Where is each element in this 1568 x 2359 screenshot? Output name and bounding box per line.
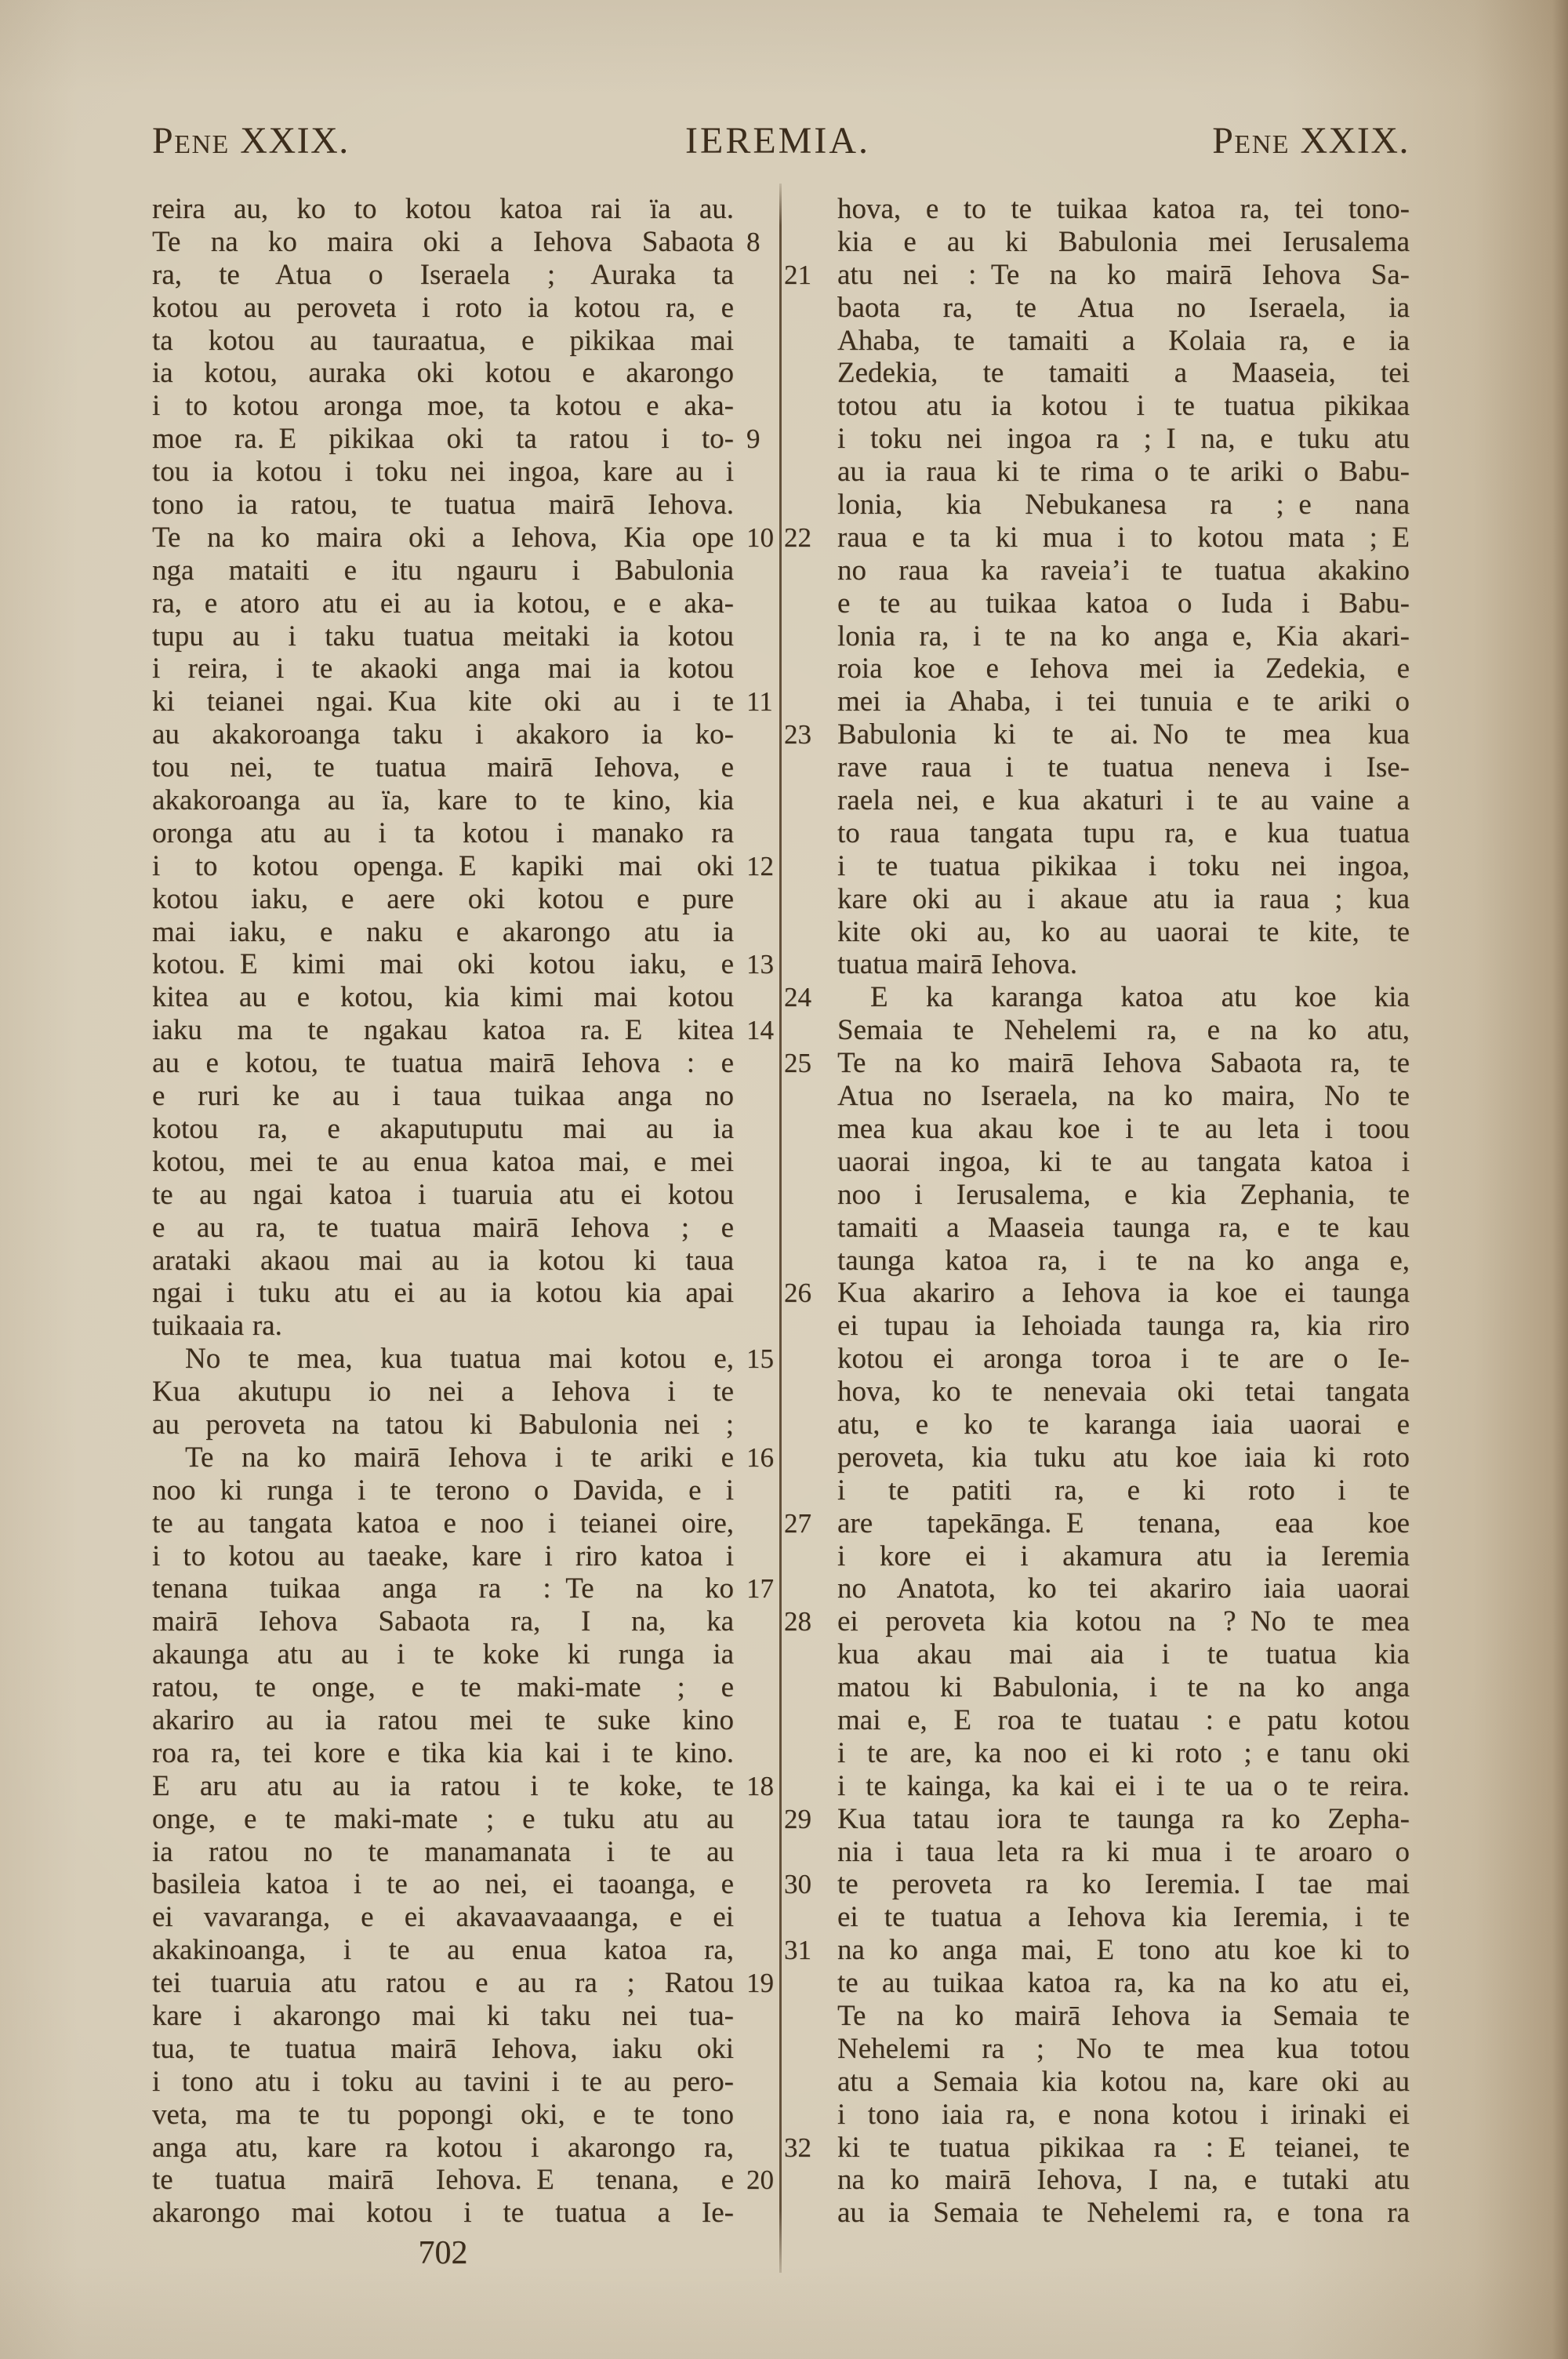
line-text: i kore ei i akamura atu ia Ieremia — [837, 1540, 1410, 1573]
line-text: au akakoroanga taku i akakoro ia ko- — [152, 718, 734, 751]
text-line: atu a Semaia kia kotou na, kare oki au — [837, 2066, 1410, 2099]
text-line: mairā Iehova Sabaota ra, I na, ka — [152, 1605, 734, 1638]
verse-number: 14 — [746, 1014, 784, 1047]
verse-number: 28 — [784, 1605, 823, 1638]
text-line: kotou ra, e akaputuputu mai au ia — [152, 1113, 734, 1146]
verse-number: 10 — [746, 522, 784, 554]
text-line: uaorai ingoa, ki te au tangata katoa i — [837, 1146, 1410, 1179]
line-text: i reira, i te akaoki anga mai ia kotou — [152, 652, 734, 685]
text-line: rave raua i te tuatua neneva i Ise- — [837, 751, 1410, 784]
line-text: i te are, ka noo ei ki roto ; e tanu oki — [837, 1737, 1410, 1770]
line-text: akakinoanga, i te au enua katoa ra, — [152, 1934, 734, 1967]
line-text: to raua tangata tupu ra, e kua tuatua — [837, 817, 1410, 850]
text-line: E ka karanga katoa atu koe kia 24 — [837, 981, 1410, 1014]
text-line: oronga atu au i ta kotou i manako ra — [152, 817, 734, 850]
line-text: kitea au e kotou, kia kimi mai kotou — [152, 981, 734, 1014]
line-text: i te patiti ra, e ki roto i te — [837, 1474, 1410, 1507]
line-text: kare oki au i akaue atu ia raua ; kua — [837, 883, 1410, 916]
verse-number: 23 — [784, 718, 823, 751]
line-text: mea kua akau koe i te au leta i toou — [837, 1113, 1410, 1146]
line-text: lonia ra, i te na ko anga e, Kia akari- — [837, 620, 1410, 653]
verse-number: 21 — [784, 259, 823, 292]
text-line: matou ki Babulonia, i te na ko anga — [837, 1671, 1410, 1704]
verse-number: 16 — [746, 1441, 784, 1474]
line-text: lonia, kia Nebukanesa ra ; e nana — [837, 489, 1410, 522]
line-text: au ia Semaia te Nehelemi ra, e tona ra — [837, 2197, 1410, 2230]
line-text: noo ki runga i te terono o Davida, e i — [152, 1474, 734, 1507]
verse-number: 9 — [746, 423, 784, 456]
text-line: tono ia ratou, te tuatua mairā Iehova. — [152, 489, 734, 522]
text-line: taunga katoa ra, i te na ko anga e, — [837, 1245, 1410, 1278]
text-line: na ko mairā Iehova, I na, e tutaki atu — [837, 2164, 1410, 2197]
text-line: i te are, ka noo ei ki roto ; e tanu oki — [837, 1737, 1410, 1770]
line-text: na ko anga mai, E tono atu koe ki to — [837, 1934, 1410, 1967]
text-line: iaku ma te ngakau katoa ra. E kitea 14 — [152, 1014, 734, 1047]
text-line: reira au, ko to kotou katoa rai ïa au. — [152, 193, 734, 226]
text-line: akariro au ia ratou mei te suke kino — [152, 1704, 734, 1737]
line-text: noo i Ierusalema, e kia Zephania, te — [837, 1179, 1410, 1212]
text-line: Semaia te Nehelemi ra, e na ko atu, — [837, 1014, 1410, 1047]
text-line: hova, e to te tuikaa katoa ra, tei tono- — [837, 193, 1410, 226]
text-line: ia kotou, auraka oki kotou e akarongo — [152, 357, 734, 390]
verse-number: 22 — [784, 522, 823, 554]
text-line: Nehelemi ra ; No te mea kua totou — [837, 2033, 1410, 2066]
text-line: i to kotou au taeake, kare i riro katoa … — [152, 1540, 734, 1573]
line-text: atu nei : Te na ko mairā Iehova Sa- — [837, 259, 1410, 292]
text-line: i te patiti ra, e ki roto i te — [837, 1474, 1410, 1507]
verse-number: 15 — [746, 1343, 784, 1376]
line-text: te au tuikaa katoa ra, ka na ko atu ei, — [837, 1967, 1410, 2000]
text-line: ei vavaranga, e ei akavaavaaanga, e ei — [152, 1901, 734, 1934]
text-line: Te na ko maira oki a Iehova, Kia ope 10 — [152, 522, 734, 554]
text-line: akakinoanga, i te au enua katoa ra, — [152, 1934, 734, 1967]
text-line: tenana tuikaa anga ra : Te na ko 17 — [152, 1572, 734, 1605]
verse-number: 27 — [784, 1507, 823, 1540]
line-text: kotou au peroveta i roto ia kotou ra, e — [152, 292, 734, 325]
text-line: tuatua mairā Iehova. — [837, 948, 1410, 981]
text-line: au akakoroanga taku i akakoro ia ko- — [152, 718, 734, 751]
text-line: tuikaaia ra. — [152, 1310, 734, 1343]
line-text: kotou, mei te au enua katoa mai, e mei — [152, 1146, 734, 1179]
line-text: i toku nei ingoa ra ; I na, e tuku atu — [837, 423, 1410, 456]
text-line: akaunga atu au i te koke ki runga ia — [152, 1638, 734, 1671]
line-text: i te tuatua pikikaa i toku nei ingoa, — [837, 850, 1410, 883]
line-text: ia kotou, auraka oki kotou e akarongo — [152, 357, 734, 390]
line-text: Nehelemi ra ; No te mea kua totou — [837, 2033, 1410, 2066]
text-line: i toku nei ingoa ra ; I na, e tuku atu — [837, 423, 1410, 456]
line-text: baota ra, te Atua no Iseraela, ia — [837, 292, 1410, 325]
line-text: kotou ei aronga toroa i te are o Ie- — [837, 1343, 1410, 1376]
text-line: Atua no Iseraela, na ko maira, No te — [837, 1080, 1410, 1113]
line-text: No te mea, kua tuatua mai kotou e, — [152, 1343, 734, 1376]
line-text: veta, ma te tu popongi oki, e te tono — [152, 2099, 734, 2132]
text-line: atu, e ko te karanga iaia uaorai e — [837, 1408, 1410, 1441]
text-line: kotou ei aronga toroa i te are o Ie- — [837, 1343, 1410, 1376]
text-line: kitea au e kotou, kia kimi mai kotou — [152, 981, 734, 1014]
text-line: Te na ko maira oki a Iehova Sabaota 8 — [152, 226, 734, 259]
text-line: i to kotou openga. E kapiki mai oki 12 — [152, 850, 734, 883]
text-line: ta kotou au tauraatua, e pikikaa mai — [152, 325, 734, 358]
column-divider-rule — [779, 184, 782, 2273]
line-text: tuatua mairā Iehova. — [837, 948, 1410, 981]
text-line: lonia ra, i te na ko anga e, Kia akari- — [837, 620, 1410, 653]
text-line: nia i taua leta ra ki mua i te aroaro o — [837, 1836, 1410, 1869]
page-number: 702 — [152, 2235, 734, 2271]
text-line: baota ra, te Atua no Iseraela, ia — [837, 292, 1410, 325]
line-text: moe ra. E pikikaa oki ta ratou i to- — [152, 423, 734, 456]
line-text: atu a Semaia kia kotou na, kare oki au — [837, 2066, 1410, 2099]
text-line: Kua akutupu io nei a Iehova i te — [152, 1376, 734, 1408]
line-text: reira au, ko to kotou katoa rai ïa au. — [152, 193, 734, 226]
line-text: rave raua i te tuatua neneva i Ise- — [837, 751, 1410, 784]
line-text: nga mataiti e itu ngauru i Babulonia — [152, 554, 734, 587]
running-head-center: IEREMIA. — [685, 119, 870, 163]
text-line: are tapekānga. E tenana, eaa koe 27 — [837, 1507, 1410, 1540]
line-text: tou nei, te tuatua mairā Iehova, e — [152, 751, 734, 784]
line-text: oronga atu au i ta kotou i manako ra — [152, 817, 734, 850]
text-line: ki te tuatua pikikaa ra : E teianei, te … — [837, 2132, 1410, 2165]
text-line: te au tangata katoa e noo i teianei oire… — [152, 1507, 734, 1540]
text-line: peroveta, kia tuku atu koe iaia ki roto — [837, 1441, 1410, 1474]
text-column-right: hova, e to te tuikaa katoa ra, tei tono-… — [837, 193, 1410, 2230]
text-line: ei te tuatua a Iehova kia Ieremia, i te — [837, 1901, 1410, 1934]
text-line: kia e au ki Babulonia mei Ierusalema — [837, 226, 1410, 259]
text-line: i te kainga, ka kai ei i te ua o te reir… — [837, 1770, 1410, 1803]
line-text: raua e ta ki mua i to kotou mata ; E — [837, 522, 1410, 554]
text-line: tupu au i taku tuatua meitaki ia kotou — [152, 620, 734, 653]
text-line: ngai i tuku atu ei au ia kotou kia apai — [152, 1277, 734, 1310]
line-text: ei te tuatua a Iehova kia Ieremia, i te — [837, 1901, 1410, 1934]
text-line: atu nei : Te na ko mairā Iehova Sa- 21 — [837, 259, 1410, 292]
line-text: i te kainga, ka kai ei i te ua o te reir… — [837, 1770, 1410, 1803]
text-line: te tuatua mairā Iehova. E tenana, e 20 — [152, 2164, 734, 2197]
text-line: Ahaba, te tamaiti a Kolaia ra, e ia — [837, 325, 1410, 358]
line-text: nia i taua leta ra ki mua i te aroaro o — [837, 1836, 1410, 1869]
line-text: onge, e te maki-mate ; e tuku atu au — [152, 1803, 734, 1836]
text-line: ra, e atoro atu ei au ia kotou, e e aka- — [152, 587, 734, 620]
line-text: mei ia Ahaba, i tei tunuia e te ariki o — [837, 685, 1410, 718]
text-line: nga mataiti e itu ngauru i Babulonia — [152, 554, 734, 587]
text-line: ei peroveta kia kotou na ? No te mea 28 — [837, 1605, 1410, 1638]
line-text: roa ra, tei kore e tika kia kai i te kin… — [152, 1737, 734, 1770]
line-text: ei tupau ia Iehoiada taunga ra, kia riro — [837, 1310, 1410, 1343]
text-line: lonia, kia Nebukanesa ra ; e nana — [837, 489, 1410, 522]
text-line: kare i akarongo mai ki taku nei tua- — [152, 2000, 734, 2033]
text-column-left: reira au, ko to kotou katoa rai ïa au. T… — [152, 193, 734, 2230]
text-line: ra, te Atua o Iseraela ; Auraka ta — [152, 259, 734, 292]
text-line: kotou au peroveta i roto ia kotou ra, e — [152, 292, 734, 325]
line-text: Kua akutupu io nei a Iehova i te — [152, 1376, 734, 1408]
line-text: peroveta, kia tuku atu koe iaia ki roto — [837, 1441, 1410, 1474]
text-line: e ruri ke au i taua tuikaa anga no — [152, 1080, 734, 1113]
line-text: te au tangata katoa e noo i teianei oire… — [152, 1507, 734, 1540]
line-text: ia ratou no te manamanata i te au — [152, 1836, 734, 1869]
text-line: basileia katoa i te ao nei, ei taoanga, … — [152, 1868, 734, 1901]
text-line: i kore ei i akamura atu ia Ieremia — [837, 1540, 1410, 1573]
verse-number: 29 — [784, 1803, 823, 1836]
line-text: Te na ko maira oki a Iehova, Kia ope — [152, 522, 734, 554]
verse-number: 8 — [746, 226, 784, 259]
line-text: Babulonia ki te ai. No te mea kua — [837, 718, 1410, 751]
running-head-left: Pene XXIX. — [152, 119, 350, 163]
line-text: Kua akariro a Iehova ia koe ei taunga — [837, 1277, 1410, 1310]
text-line: i te tuatua pikikaa i toku nei ingoa, — [837, 850, 1410, 883]
text-line: roia koe e Iehova mei ia Zedekia, e — [837, 652, 1410, 685]
line-text: anga atu, kare ra kotou i akarongo ra, — [152, 2132, 734, 2165]
text-line: mai e, E roa te tuatau : e patu kotou — [837, 1704, 1410, 1737]
line-text: mai e, E roa te tuatau : e patu kotou — [837, 1704, 1410, 1737]
line-text: Atua no Iseraela, na ko maira, No te — [837, 1080, 1410, 1113]
text-line: akarongo mai kotou i te tuatua a Ie- — [152, 2197, 734, 2230]
line-text: tenana tuikaa anga ra : Te na ko — [152, 1572, 734, 1605]
verse-number: 26 — [784, 1277, 823, 1310]
line-text: ta kotou au tauraatua, e pikikaa mai — [152, 325, 734, 358]
text-line: totou atu ia kotou i te tuatua pikikaa — [837, 390, 1410, 423]
line-text: mairā Iehova Sabaota ra, I na, ka — [152, 1605, 734, 1638]
line-text: ei vavaranga, e ei akavaavaaanga, e ei — [152, 1901, 734, 1934]
line-text: no raua ka raveia’i te tuatua akakino — [837, 554, 1410, 587]
line-text: Zedekia, te tamaiti a Maaseia, tei — [837, 357, 1410, 390]
verse-number: 12 — [746, 850, 784, 883]
text-line: no Anatota, ko tei akariro iaia uaorai — [837, 1572, 1410, 1605]
line-text: te peroveta ra ko Ieremia. I tae mai — [837, 1868, 1410, 1901]
text-line: arataki akaou mai au ia kotou ki taua — [152, 1245, 734, 1278]
line-text: atu, e ko te karanga iaia uaorai e — [837, 1408, 1410, 1441]
line-text: au ia raua ki te rima o te ariki o Babu- — [837, 456, 1410, 489]
text-line: i tono iaia ra, e nona kotou i irinaki e… — [837, 2099, 1410, 2132]
line-text: i to kotou openga. E kapiki mai oki — [152, 850, 734, 883]
text-line: mai iaku, e naku e akarongo atu ia — [152, 916, 734, 949]
verse-number: 17 — [746, 1572, 784, 1605]
line-text: Semaia te Nehelemi ra, e na ko atu, — [837, 1014, 1410, 1047]
text-line: onge, e te maki-mate ; e tuku atu au — [152, 1803, 734, 1836]
line-text: i tono atu i toku au tavini i te au pero… — [152, 2066, 734, 2099]
text-line: tei tuaruia atu ratou e au ra ; Ratou 19 — [152, 1967, 734, 2000]
line-text: E aru atu au ia ratou i te koke, te — [152, 1770, 734, 1803]
text-line: noo ki runga i te terono o Davida, e i — [152, 1474, 734, 1507]
line-text: au peroveta na tatou ki Babulonia nei ; — [152, 1408, 734, 1441]
text-line: veta, ma te tu popongi oki, e te tono — [152, 2099, 734, 2132]
text-line: e te au tuikaa katoa o Iuda i Babu- — [837, 587, 1410, 620]
text-line: te peroveta ra ko Ieremia. I tae mai 30 — [837, 1868, 1410, 1901]
text-line: kua akau mai aia i te tuatua kia — [837, 1638, 1410, 1671]
line-text: totou atu ia kotou i te tuatua pikikaa — [837, 390, 1410, 423]
line-text: e te au tuikaa katoa o Iuda i Babu- — [837, 587, 1410, 620]
verse-number: 11 — [746, 685, 784, 718]
text-line: hova, ko te nenevaia oki tetai tangata — [837, 1376, 1410, 1408]
text-line: tou nei, te tuatua mairā Iehova, e — [152, 751, 734, 784]
text-line: Te na ko mairā Iehova i te ariki e 16 — [152, 1441, 734, 1474]
text-line: roa ra, tei kore e tika kia kai i te kin… — [152, 1737, 734, 1770]
line-text: roia koe e Iehova mei ia Zedekia, e — [837, 652, 1410, 685]
line-text: Te na ko mairā Iehova Sabaota ra, te — [837, 1047, 1410, 1080]
line-text: iaku ma te ngakau katoa ra. E kitea — [152, 1014, 734, 1047]
text-line: No te mea, kua tuatua mai kotou e, 15 — [152, 1343, 734, 1376]
line-text: arataki akaou mai au ia kotou ki taua — [152, 1245, 734, 1278]
text-line: kotou. E kimi mai oki kotou iaku, e 13 — [152, 948, 734, 981]
line-text: E ka karanga katoa atu koe kia — [837, 981, 1410, 1014]
line-text: tua, te tuatua mairā Iehova, iaku oki — [152, 2033, 734, 2066]
line-text: akaunga atu au i te koke ki runga ia — [152, 1638, 734, 1671]
line-text: kite oki au, ko au uaorai te kite, te — [837, 916, 1410, 949]
line-text: tuikaaia ra. — [152, 1310, 734, 1343]
text-line: ei tupau ia Iehoiada taunga ra, kia riro — [837, 1310, 1410, 1343]
line-text: e ruri ke au i taua tuikaa anga no — [152, 1080, 734, 1113]
line-text: ei peroveta kia kotou na ? No te mea — [837, 1605, 1410, 1638]
text-line: i to kotou aronga moe, ta kotou e aka- — [152, 390, 734, 423]
text-line: kare oki au i akaue atu ia raua ; kua — [837, 883, 1410, 916]
line-text: te tuatua mairā Iehova. E tenana, e — [152, 2164, 734, 2197]
line-text: mai iaku, e naku e akarongo atu ia — [152, 916, 734, 949]
text-line: Babulonia ki te ai. No te mea kua 23 — [837, 718, 1410, 751]
text-line: no raua ka raveia’i te tuatua akakino — [837, 554, 1410, 587]
line-text: Kua tatau iora te taunga ra ko Zepha- — [837, 1803, 1410, 1836]
line-text: kare i akarongo mai ki taku nei tua- — [152, 2000, 734, 2033]
line-text: au e kotou, te tuatua mairā Iehova : e — [152, 1047, 734, 1080]
line-text: akarongo mai kotou i te tuatua a Ie- — [152, 2197, 734, 2230]
line-text: no Anatota, ko tei akariro iaia uaorai — [837, 1572, 1410, 1605]
verse-number: 24 — [784, 981, 823, 1014]
text-line: Te na ko mairā Iehova Sabaota ra, te 25 — [837, 1047, 1410, 1080]
text-line: kotou, mei te au enua katoa mai, e mei — [152, 1146, 734, 1179]
book-page: Pene XXIX. IEREMIA. Pene XXIX. reira au,… — [0, 0, 1568, 2359]
verse-number: 32 — [784, 2132, 823, 2165]
text-line: tamaiti a Maaseia taunga ra, e te kau — [837, 1212, 1410, 1245]
text-line: Kua akariro a Iehova ia koe ei taunga 26 — [837, 1277, 1410, 1310]
text-line: Te na ko mairā Iehova ia Semaia te — [837, 2000, 1410, 2033]
verse-number: 30 — [784, 1868, 823, 1901]
line-text: tou ia kotou i toku nei ingoa, kare au i — [152, 456, 734, 489]
text-line: to raua tangata tupu ra, e kua tuatua — [837, 817, 1410, 850]
line-text: ki te tuatua pikikaa ra : E teianei, te — [837, 2132, 1410, 2165]
line-text: akakoroanga au ïa, kare to te kino, kia — [152, 784, 734, 817]
text-line: moe ra. E pikikaa oki ta ratou i to- 9 — [152, 423, 734, 456]
text-line: raela nei, e kua akaturi i te au vaine a — [837, 784, 1410, 817]
running-head-right: Pene XXIX. — [1212, 119, 1410, 163]
text-line: au peroveta na tatou ki Babulonia nei ; — [152, 1408, 734, 1441]
line-text: kotou iaku, e aere oki kotou e pure — [152, 883, 734, 916]
text-line: au e kotou, te tuatua mairā Iehova : e — [152, 1047, 734, 1080]
text-line: Zedekia, te tamaiti a Maaseia, tei — [837, 357, 1410, 390]
text-line: tua, te tuatua mairā Iehova, iaku oki — [152, 2033, 734, 2066]
text-line: te au ngai katoa i tuaruia atu ei kotou — [152, 1179, 734, 1212]
text-line: ia ratou no te manamanata i te au — [152, 1836, 734, 1869]
verse-number: 31 — [784, 1934, 823, 1967]
text-line: e au ra, te tuatua mairā Iehova ; e — [152, 1212, 734, 1245]
line-text: matou ki Babulonia, i te na ko anga — [837, 1671, 1410, 1704]
line-text: Te na ko mairā Iehova ia Semaia te — [837, 2000, 1410, 2033]
text-line: noo i Ierusalema, e kia Zephania, te — [837, 1179, 1410, 1212]
line-text: kua akau mai aia i te tuatua kia — [837, 1638, 1410, 1671]
text-line: E aru atu au ia ratou i te koke, te 18 — [152, 1770, 734, 1803]
text-line: kotou iaku, e aere oki kotou e pure — [152, 883, 734, 916]
text-line: au ia raua ki te rima o te ariki o Babu- — [837, 456, 1410, 489]
line-text: hova, e to te tuikaa katoa ra, tei tono- — [837, 193, 1410, 226]
verse-number: 25 — [784, 1047, 823, 1080]
line-text: uaorai ingoa, ki te au tangata katoa i — [837, 1146, 1410, 1179]
line-text: Te na ko mairā Iehova i te ariki e — [152, 1441, 734, 1474]
line-text: Ahaba, te tamaiti a Kolaia ra, e ia — [837, 325, 1410, 358]
text-line: akakoroanga au ïa, kare to te kino, kia — [152, 784, 734, 817]
line-text: tono ia ratou, te tuatua mairā Iehova. — [152, 489, 734, 522]
line-text: ra, te Atua o Iseraela ; Auraka ta — [152, 259, 734, 292]
line-text: akariro au ia ratou mei te suke kino — [152, 1704, 734, 1737]
verse-number: 19 — [746, 1967, 784, 2000]
line-text: ra, e atoro atu ei au ia kotou, e e aka- — [152, 587, 734, 620]
text-line: raua e ta ki mua i to kotou mata ; E 22 — [837, 522, 1410, 554]
verse-number: 18 — [746, 1770, 784, 1803]
text-line: ratou, te onge, e te maki-mate ; e — [152, 1671, 734, 1704]
line-text: ngai i tuku atu ei au ia kotou kia apai — [152, 1277, 734, 1310]
text-line: kite oki au, ko au uaorai te kite, te — [837, 916, 1410, 949]
text-line: te au tuikaa katoa ra, ka na ko atu ei, — [837, 1967, 1410, 2000]
text-line: i reira, i te akaoki anga mai ia kotou — [152, 652, 734, 685]
line-text: kia e au ki Babulonia mei Ierusalema — [837, 226, 1410, 259]
line-text: te au ngai katoa i tuaruia atu ei kotou — [152, 1179, 734, 1212]
line-text: kotou. E kimi mai oki kotou iaku, e — [152, 948, 734, 981]
line-text: e au ra, te tuatua mairā Iehova ; e — [152, 1212, 734, 1245]
line-text: na ko mairā Iehova, I na, e tutaki atu — [837, 2164, 1410, 2197]
text-line: Kua tatau iora te taunga ra ko Zepha- 29 — [837, 1803, 1410, 1836]
line-text: tupu au i taku tuatua meitaki ia kotou — [152, 620, 734, 653]
verse-number: 20 — [746, 2164, 784, 2197]
text-line: mea kua akau koe i te au leta i toou — [837, 1113, 1410, 1146]
line-text: raela nei, e kua akaturi i te au vaine a — [837, 784, 1410, 817]
text-line: au ia Semaia te Nehelemi ra, e tona ra — [837, 2197, 1410, 2230]
text-line: mei ia Ahaba, i tei tunuia e te ariki o — [837, 685, 1410, 718]
text-line: anga atu, kare ra kotou i akarongo ra, — [152, 2132, 734, 2165]
line-text: i tono iaia ra, e nona kotou i irinaki e… — [837, 2099, 1410, 2132]
line-text: basileia katoa i te ao nei, ei taoanga, … — [152, 1868, 734, 1901]
line-text: tamaiti a Maaseia taunga ra, e te kau — [837, 1212, 1410, 1245]
line-text: kotou ra, e akaputuputu mai au ia — [152, 1113, 734, 1146]
text-line: i tono atu i toku au tavini i te au pero… — [152, 2066, 734, 2099]
verse-number: 13 — [746, 948, 784, 981]
line-text: ratou, te onge, e te maki-mate ; e — [152, 1671, 734, 1704]
text-line: tou ia kotou i toku nei ingoa, kare au i — [152, 456, 734, 489]
line-text: Te na ko maira oki a Iehova Sabaota — [152, 226, 734, 259]
line-text: ki teianei ngai. Kua kite oki au i te — [152, 685, 734, 718]
text-line: na ko anga mai, E tono atu koe ki to 31 — [837, 1934, 1410, 1967]
line-text: i to kotou aronga moe, ta kotou e aka- — [152, 390, 734, 423]
text-line: ki teianei ngai. Kua kite oki au i te 11 — [152, 685, 734, 718]
line-text: taunga katoa ra, i te na ko anga e, — [837, 1245, 1410, 1278]
line-text: tei tuaruia atu ratou e au ra ; Ratou — [152, 1967, 734, 2000]
line-text: i to kotou au taeake, kare i riro katoa … — [152, 1540, 734, 1573]
line-text: are tapekānga. E tenana, eaa koe — [837, 1507, 1410, 1540]
line-text: hova, ko te nenevaia oki tetai tangata — [837, 1376, 1410, 1408]
